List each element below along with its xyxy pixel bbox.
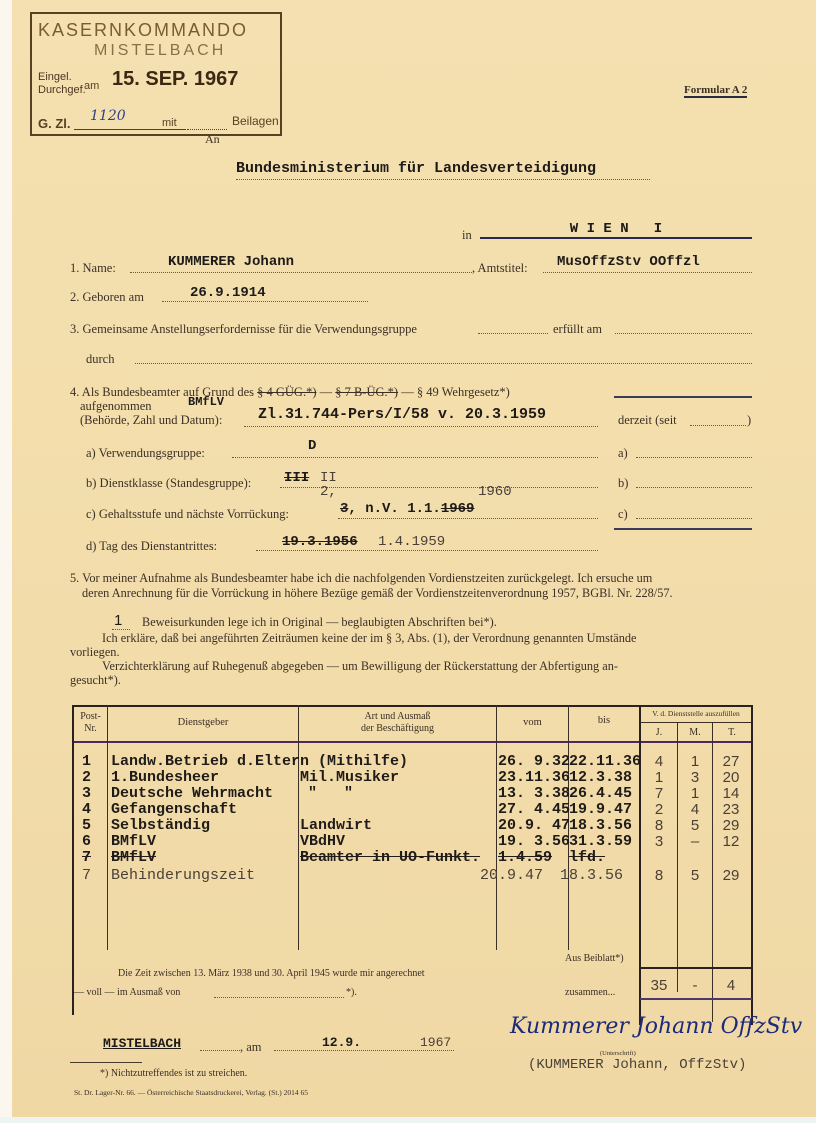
typed-name: (KUMMERER Johann, OffzStv) [528, 1057, 746, 1073]
footnote-rule [70, 1062, 142, 1063]
row-employer: BMfLV [111, 849, 156, 866]
city: W I E N I [480, 221, 752, 239]
stamp-mit: mit [162, 117, 177, 129]
row-nr: 4 [82, 801, 91, 818]
born-line [162, 301, 368, 302]
row-days: 27 [716, 753, 746, 770]
stamp-beilagen: Beilagen [232, 114, 279, 128]
row-days: 20 [716, 769, 746, 786]
signature-date: 12.9. [322, 1035, 361, 1050]
row-days: 23 [716, 801, 746, 818]
signature-year: 1967 [420, 1035, 451, 1050]
place: MISTELBACH [103, 1036, 181, 1051]
total-bottom-border [640, 998, 752, 1000]
stamp-am: am [84, 80, 99, 92]
q4-wehrgesetz: § 49 Wehrgesetz*) [417, 385, 510, 399]
row-from: 19. 3.56 [498, 833, 570, 850]
col-divider [298, 705, 299, 950]
header-to: bis [569, 715, 639, 726]
row-days: 29 [716, 817, 746, 834]
d-struck: 19.3.1956 [282, 534, 358, 550]
q4-line1: 4. Als Bundesbeamter auf Grund des § 4 G… [70, 385, 510, 400]
c-above: 2, [320, 484, 337, 500]
row-to: 22.11.36 [569, 753, 641, 770]
amtstitel-line [543, 272, 752, 273]
d-label: d) Tag des Dienstantrittes: [86, 539, 217, 554]
header-office: V. d. Dienststelle auszufüllen [641, 709, 751, 718]
a-right-label: a) [618, 446, 628, 461]
a-line [232, 457, 598, 458]
a-right-line [636, 457, 752, 458]
row-months: 5 [680, 817, 710, 834]
row-months: – [680, 833, 710, 850]
q4-dash: — [398, 385, 417, 399]
addressee: Bundesministerium für Landesverteidigung [236, 160, 650, 180]
handwritten-signature: Kummerer Johann OffzStv [510, 1014, 802, 1039]
unterschrift-label: (Unterschrift) [600, 1050, 636, 1057]
am-label: , am [240, 1040, 262, 1055]
row-employer: 1.Bundesheer [111, 769, 219, 786]
aufgenommen-label: aufgenommen [80, 399, 152, 414]
row-months: 1 [680, 785, 710, 802]
header-months: M. [678, 727, 712, 738]
stamp-label-out: Durchgef. [38, 84, 86, 96]
row-from: 20.9. 47 [498, 817, 570, 834]
row-days: 14 [716, 785, 746, 802]
row-from: 20.9.47 [480, 867, 543, 884]
row-nr: 5 [82, 817, 91, 834]
total-days: 4 [716, 977, 746, 994]
header-employer: Dienstgeber [108, 717, 298, 728]
appointment-reference: Zl.31.744-Pers/I/58 v. 20.3.1959 [258, 406, 546, 423]
row-months: 5 [680, 867, 710, 884]
row-type: VBdHV [300, 833, 345, 850]
scan-margin [0, 0, 12, 1123]
requirements-label: 3. Gemeinsame Anstellungserfordernisse f… [70, 322, 417, 337]
zusammen-label: zusammen... [565, 987, 615, 998]
section5: 5. Vor meiner Aufnahme als Bundesbeamter… [70, 571, 760, 601]
row-years: 8 [644, 867, 674, 884]
derzeit-label: derzeit (seit [618, 413, 677, 428]
c-value: 3, n.V. 1.1.1969 [340, 501, 474, 517]
q4-right-line [614, 396, 752, 398]
row-employer: Behinderungszeit [111, 867, 255, 884]
table-top-border [72, 705, 640, 707]
verzicht-line2: gesucht*). [70, 673, 760, 687]
total-months: - [680, 977, 710, 994]
stamp-gz-line [74, 129, 186, 130]
authority-value: BMfLV [188, 395, 224, 409]
table-left-border [72, 705, 74, 1015]
form-id: Formular A 2 [684, 84, 747, 98]
amtstitel-label: , Amtstitel: [472, 261, 528, 276]
header-nr: Post- Nr. [74, 711, 107, 735]
zeit-note-end: *). [346, 987, 357, 998]
requirements-group-line [478, 333, 548, 334]
row-type: Mil.Musiker [300, 769, 399, 786]
document-page: KASERNKOMMANDO MISTELBACH Eingel.Durchge… [0, 0, 816, 1123]
derzeit-text: derzeit (seit [618, 413, 677, 427]
row-years: 7 [644, 785, 674, 802]
c-right-label: c) [618, 507, 628, 522]
name-value: KUMMERER Johann [168, 254, 294, 270]
row-type: " " [308, 785, 353, 802]
stamp-line2: MISTELBACH [94, 42, 226, 60]
office-header-divider [640, 722, 752, 723]
table-top-border-office [640, 705, 752, 707]
stamp-label-in: Eingel. [38, 71, 72, 83]
table-right-border [751, 705, 753, 1025]
printer-imprint: St. Dr. Lager-Nr. 66. — Österreichische … [74, 1088, 308, 1097]
row-days: 12 [716, 833, 746, 850]
name-label: 1. Name: [70, 261, 116, 276]
table-header-border [72, 741, 752, 743]
row-years: 3 [644, 833, 674, 850]
q4-dash: — [317, 385, 336, 399]
zeit-note-line2: — voll — im Ausmaß von [74, 987, 180, 998]
aus-beiblatt: Aus Beiblatt*) [565, 953, 624, 964]
b-right-label: b) [618, 476, 628, 491]
row-to: 12.3.38 [569, 769, 632, 786]
stamp-line1: KASERNKOMMANDO [38, 20, 248, 41]
receipt-stamp: KASERNKOMMANDO MISTELBACH Eingel.Durchge… [30, 12, 282, 136]
an-label: An [205, 132, 220, 147]
stamp-beilagen-line [187, 129, 227, 130]
row-to: 18.3.56 [569, 817, 632, 834]
c-above-year: 1960 [478, 484, 512, 500]
row-years: 8 [644, 817, 674, 834]
in-label: in [462, 228, 472, 243]
p5-line1: 5. Vor meiner Aufnahme als Bundesbeamter… [70, 571, 760, 586]
row-nr: 2 [82, 769, 91, 786]
c-struck-year: 1969 [441, 501, 475, 517]
born-value: 26.9.1914 [190, 285, 266, 301]
name-line [130, 272, 472, 273]
c-next-advance: , n.V. 1.1. [348, 501, 440, 517]
verzicht-line1: Verzichterklärung auf Ruhegenuß abgegebe… [70, 659, 760, 673]
b-right-line [636, 487, 752, 488]
row-employer: Deutsche Wehrmacht [111, 785, 273, 802]
d-line [256, 550, 598, 551]
row-days: 29 [716, 867, 746, 884]
zeit-note-line1: Die Zeit zwischen 13. März 1938 und 30. … [118, 968, 425, 979]
fulfilled-label: erfüllt am [553, 322, 602, 337]
behoerde-label: (Behörde, Zahl und Datum): [80, 413, 222, 428]
row-months: 4 [680, 801, 710, 818]
stamp-gz-value: 1120 [90, 108, 126, 124]
a-label: a) Verwendungsgruppe: [86, 446, 205, 461]
c-right-line [636, 518, 752, 519]
born-label: 2. Geboren am [70, 290, 144, 305]
header-type: Art und Ausmaß der Beschäftigung [299, 711, 496, 735]
col-divider-mt [712, 722, 713, 1022]
row-employer: BMfLV [111, 833, 156, 850]
stamp-labels: Eingel.Durchgef. [38, 71, 86, 97]
q4-line [244, 426, 598, 427]
col-divider [107, 705, 108, 950]
zeit-note-line [214, 997, 344, 998]
row-to: 26.4.45 [569, 785, 632, 802]
row-nr: 7 [82, 867, 91, 884]
evidence-count: 1 [112, 612, 130, 630]
b-struck: III [284, 470, 309, 486]
erklaere-line1: Ich erkläre, daß bei angeführten Zeiträu… [70, 631, 760, 645]
row-type: Beamter in UO-Funkt. [300, 849, 480, 866]
erklaere-line2: vorliegen. [70, 645, 760, 659]
row-months: 1 [680, 753, 710, 770]
row-employer: Gefangenschaft [111, 801, 237, 818]
scan-margin-bottom [0, 1117, 816, 1123]
durch-line [135, 363, 752, 364]
row-to: 31.3.59 [569, 833, 632, 850]
row-from: 1.4.59 [498, 849, 552, 866]
p5-line2: deren Anrechnung für die Vorrückung in h… [70, 586, 760, 601]
derzeit-close: ) [747, 413, 751, 428]
row-years: 2 [644, 801, 674, 818]
row-employer: Landw.Betrieb d.Eltern (Mithilfe) [111, 753, 408, 770]
col-divider [496, 705, 497, 950]
place-line [200, 1050, 240, 1051]
total-years: 35 [644, 977, 674, 994]
b-label: b) Dienstklasse (Standesgruppe): [86, 476, 251, 491]
row-from: 26. 9.32 [498, 753, 570, 770]
c-line [338, 518, 598, 519]
total-top-border [640, 967, 752, 969]
row-nr: 7 [82, 849, 91, 866]
evidence-text: Beweisurkunden lege ich in Original — be… [142, 615, 497, 630]
row-nr: 3 [82, 785, 91, 802]
declaration-block: Ich erkläre, daß bei angeführten Zeiträu… [70, 631, 760, 687]
amtstitel-value: MusOffzStv OOffzl [557, 254, 700, 270]
row-from: 27. 4.45 [498, 801, 570, 818]
row-nr: 1 [82, 753, 91, 770]
row-nr: 6 [82, 833, 91, 850]
fulfilled-line [615, 333, 752, 334]
header-days: T. [713, 727, 751, 738]
row-years: 1 [644, 769, 674, 786]
row-from: 23.11.36 [498, 769, 570, 786]
q4-struck-gueg: § 4 GÜG.*) [257, 385, 316, 399]
header-from: vom [497, 717, 568, 728]
derzeit-line [690, 425, 746, 426]
row-years: 4 [644, 753, 674, 770]
row-to: lfd. [569, 849, 605, 866]
stamp-date: 15. SEP. 1967 [112, 68, 238, 91]
row-from: 13. 3.38 [498, 785, 570, 802]
durch-label: durch [86, 352, 114, 367]
date-line [274, 1050, 454, 1051]
stamp-gz-label: G. Zl. [38, 116, 71, 131]
footnote: *) Nichtzutreffendes ist zu streichen. [100, 1068, 247, 1079]
q4-intro: 4. Als Bundesbeamter auf Grund des [70, 385, 254, 399]
row-type: Landwirt [300, 817, 372, 834]
row-to: 19.9.47 [569, 801, 632, 818]
q4-struck-bueg: § 7 B-ÜG.*) [335, 385, 398, 399]
a-value: D [308, 438, 316, 454]
c-right-underline [614, 528, 752, 530]
col-divider-jm [677, 722, 678, 992]
row-to: 18.3.56 [560, 867, 623, 884]
d-value: 1.4.1959 [378, 534, 445, 550]
row-employer: Selbständig [111, 817, 210, 834]
row-months: 3 [680, 769, 710, 786]
header-years: J. [641, 727, 677, 738]
c-label: c) Gehaltsstufe und nächste Vorrückung: [86, 507, 289, 522]
